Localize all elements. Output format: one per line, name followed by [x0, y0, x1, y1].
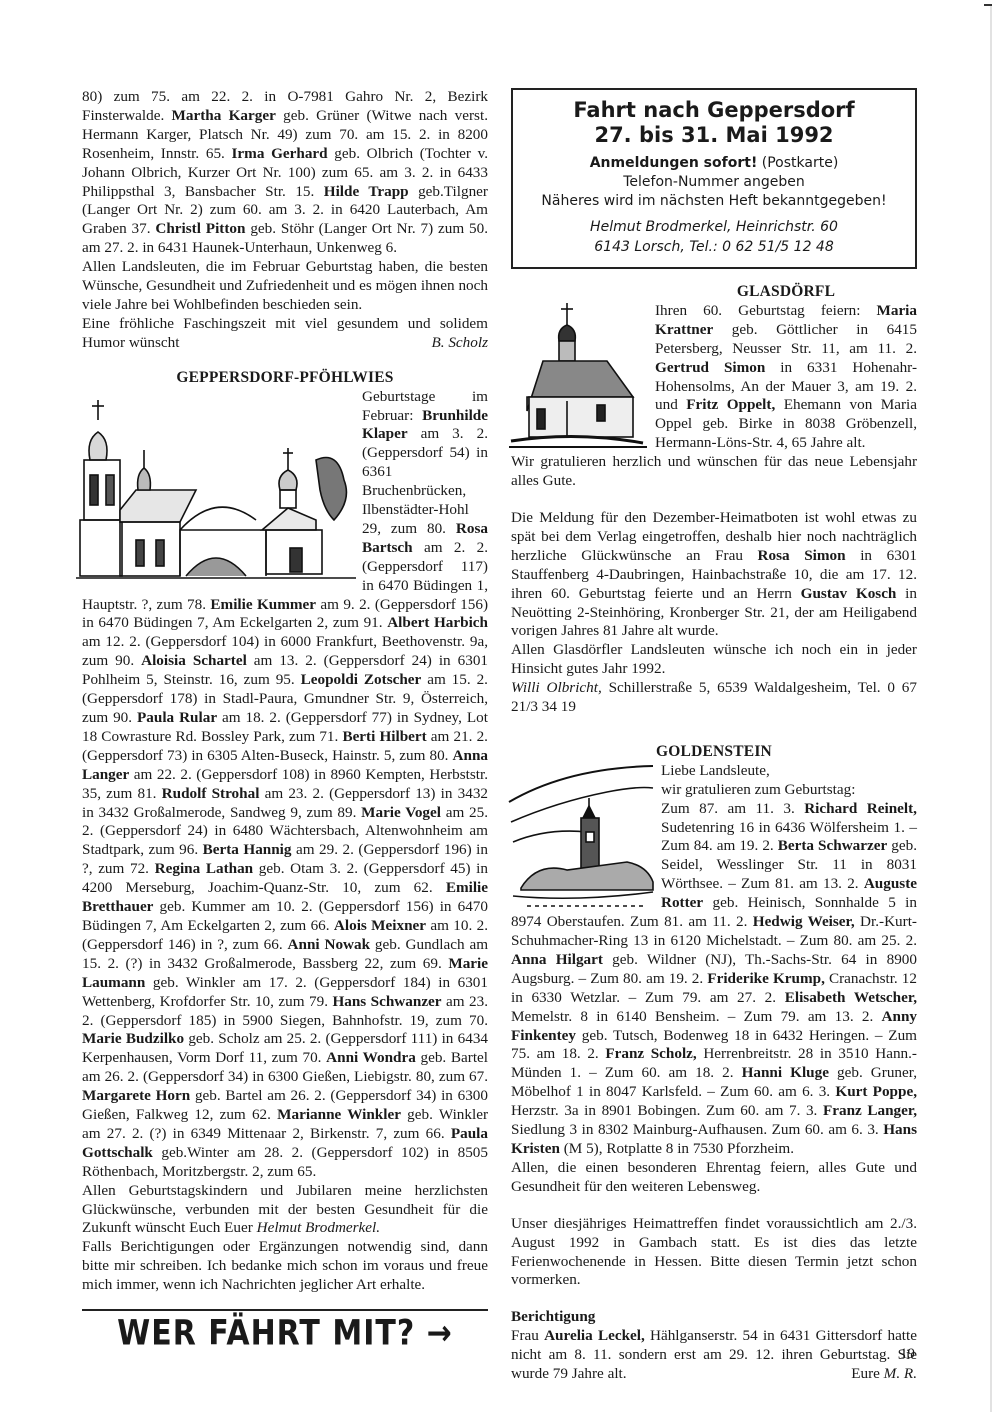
person-name: Hedwig Weiser, — [753, 913, 855, 930]
geppersdorf-section: Geburtstage im Februar: Brunhilde Klaper… — [82, 388, 488, 1182]
person-name: Elisabeth Wetscher, — [785, 989, 917, 1006]
february-wishes: Allen Landsleuten, die im Februar Geburt… — [82, 258, 488, 315]
person-name: Berta Schwarzer — [778, 837, 887, 854]
person-name: Kurt Poppe, — [835, 1083, 917, 1100]
glasdoerfl-congrats: Wir gratulieren herzlich und wünschen fü… — [511, 453, 917, 491]
section-title-glasdoerfl: GLASDÖRFL — [511, 283, 917, 302]
section-title-goldenstein: GOLDENSTEIN — [511, 743, 917, 762]
person-name: Berta Hannig — [203, 841, 292, 858]
church-village-illustration — [76, 390, 356, 586]
december-late-note: Die Meldung für den Dezember-Heimatboten… — [511, 509, 917, 641]
trip-registration: Anmeldungen sofort! (Postkarte) — [519, 154, 909, 173]
section-title-geppersdorf: GEPPERSDORF-PFÖHLWIES — [82, 369, 488, 388]
person-name: Fritz Oppelt, — [686, 396, 775, 413]
chapel-sketch-icon — [507, 301, 649, 451]
person-name: Albert Harbich — [387, 614, 488, 631]
person-name: Paula Rular — [137, 709, 217, 726]
person-name: Anni Nowak — [288, 936, 371, 953]
person-name: Anny Finkentey — [511, 1008, 917, 1044]
page-number: 19 — [900, 1346, 915, 1363]
person-name: Margarete Horn — [82, 1087, 190, 1104]
left-column: 80) zum 75. am 22. 2. in O-7981 Gahro Nr… — [82, 88, 488, 1344]
person-name: Hans Schwanzer — [332, 993, 441, 1010]
person-name: Gustav Kosch — [801, 585, 897, 602]
town-tower-illustration — [507, 762, 655, 912]
wer-faehrt-mit-banner: WER FÄHRT MIT? → — [82, 1324, 488, 1346]
person-name: Rudolf Strohal — [162, 785, 260, 802]
person-name: Emilie Kummer — [210, 596, 316, 613]
person-name: Anna Langer — [82, 747, 488, 783]
person-name: Anna Hilgart — [511, 951, 603, 968]
person-name: Marianne Winkler — [277, 1106, 401, 1123]
person-name: Martha Karger — [172, 107, 276, 124]
trip-contact-phone: 6143 Lorsch, Tel.: 0 62 51/5 12 48 — [519, 237, 909, 257]
person-name: Hans Kristen — [511, 1121, 917, 1157]
person-name: Regina Lathan — [155, 860, 254, 877]
glasdoerfl-section: GLASDÖRFL Ihren 60. Geburtstag feiern: M… — [511, 283, 917, 453]
person-name: Berti Hilbert — [342, 728, 426, 745]
olbricht-name: Willi Olbricht, — [511, 679, 602, 696]
person-name: Marie Laumann — [82, 955, 488, 991]
person-name: Leopoldi Zotscher — [301, 671, 422, 688]
person-name: Christl Pitton — [155, 220, 245, 237]
person-name: Brunhilde Klaper — [362, 407, 488, 443]
olbricht-contact: Willi Olbricht, Schillerstraße 5, 6539 W… — [511, 679, 917, 717]
scan-edge-mark — [984, 4, 992, 6]
intro-birthday-paragraph: 80) zum 75. am 22. 2. in O-7981 Gahro Nr… — [82, 88, 488, 258]
fasching-greeting: Eine fröhliche Faschingszeit mit viel ge… — [82, 315, 488, 353]
trip-more-info: Näheres wird im nächsten Heft bekanntgeg… — [519, 192, 909, 211]
person-name: Anni Wondra — [326, 1049, 416, 1066]
closing-signature: Helmut Brodmerkel. — [257, 1219, 380, 1236]
berichtigung-title: Berichtigung — [511, 1308, 917, 1327]
trip-title: Fahrt nach Geppersdorf — [519, 98, 909, 123]
person-name: Aurelia Leckel, — [544, 1327, 645, 1344]
corrections-request: Falls Berichtigungen oder Ergänzungen no… — [82, 1238, 488, 1295]
registration-postcard: (Postkarte) — [757, 155, 838, 171]
goldenstein-section: Liebe Landsleute, wir gratulieren zum Ge… — [511, 762, 917, 1159]
person-name: Paula Gottschalk — [82, 1125, 488, 1161]
person-name: Hilde Trapp — [324, 183, 409, 200]
berichtigung-heading: Berichtigung — [511, 1308, 595, 1325]
glasdoerfl-new-year-wishes: Allen Glasdörfler Landsleuten wünsche ic… — [511, 641, 917, 679]
berichtigung-text: Frau Aurelia Leckel, Hählganserstr. 54 i… — [511, 1327, 917, 1384]
closing-greeting: Allen Geburtstagskindern und Jubilaren m… — [82, 1182, 488, 1239]
person-name: Aloisia Schartel — [141, 652, 247, 669]
person-name: Emilie Bretthauer — [82, 879, 488, 915]
chapel-illustration — [507, 301, 649, 451]
person-name: Friderike Krump, — [707, 970, 825, 987]
person-name: Franz Langer, — [823, 1102, 917, 1119]
right-column: Fahrt nach Geppersdorf 27. bis 31. Mai 1… — [511, 88, 917, 1384]
person-name: Franz Scholz, — [605, 1045, 696, 1062]
divider-rule — [82, 1309, 488, 1311]
newsletter-page: 80) zum 75. am 22. 2. in O-7981 Gahro Nr… — [0, 0, 1000, 1412]
trip-phone-note: Telefon-Nummer angeben — [519, 173, 909, 192]
person-name: Richard Reinelt, — [804, 800, 917, 817]
registration-now: Anmeldungen sofort! — [590, 155, 758, 171]
heimattreffen-notice: Unser diesjähriges Heimattreffen findet … — [511, 1215, 917, 1291]
trip-announcement-box: Fahrt nach Geppersdorf 27. bis 31. Mai 1… — [511, 88, 917, 269]
person-name: Auguste Rotter — [661, 875, 917, 911]
person-name: Rosa Simon — [758, 547, 846, 564]
person-name: Hanni Kluge — [742, 1064, 829, 1081]
person-name: Maria Krattner — [655, 302, 917, 338]
trip-contact-name: Helmut Brodmerkel, Heinrichstr. 60 — [519, 217, 909, 237]
fasching-text: Eine fröhliche Faschingszeit mit viel ge… — [82, 315, 488, 351]
person-name: Alois Meixner — [334, 917, 426, 934]
town-tower-sketch-icon — [507, 762, 655, 912]
goldenstein-wishes: Allen, die einen besonderen Ehrentag fei… — [511, 1159, 917, 1197]
person-name: Marie Budzilko — [82, 1030, 184, 1047]
person-name: Marie Vogel — [361, 804, 441, 821]
person-name: Rosa Bartsch — [362, 520, 488, 556]
church-village-sketch-icon — [76, 390, 356, 586]
person-name: Gertrud Simon — [655, 359, 765, 376]
person-name: Irma Gerhard — [232, 145, 328, 162]
trip-dates: 27. bis 31. Mai 1992 — [519, 123, 909, 148]
scan-edge-line — [990, 4, 992, 1412]
